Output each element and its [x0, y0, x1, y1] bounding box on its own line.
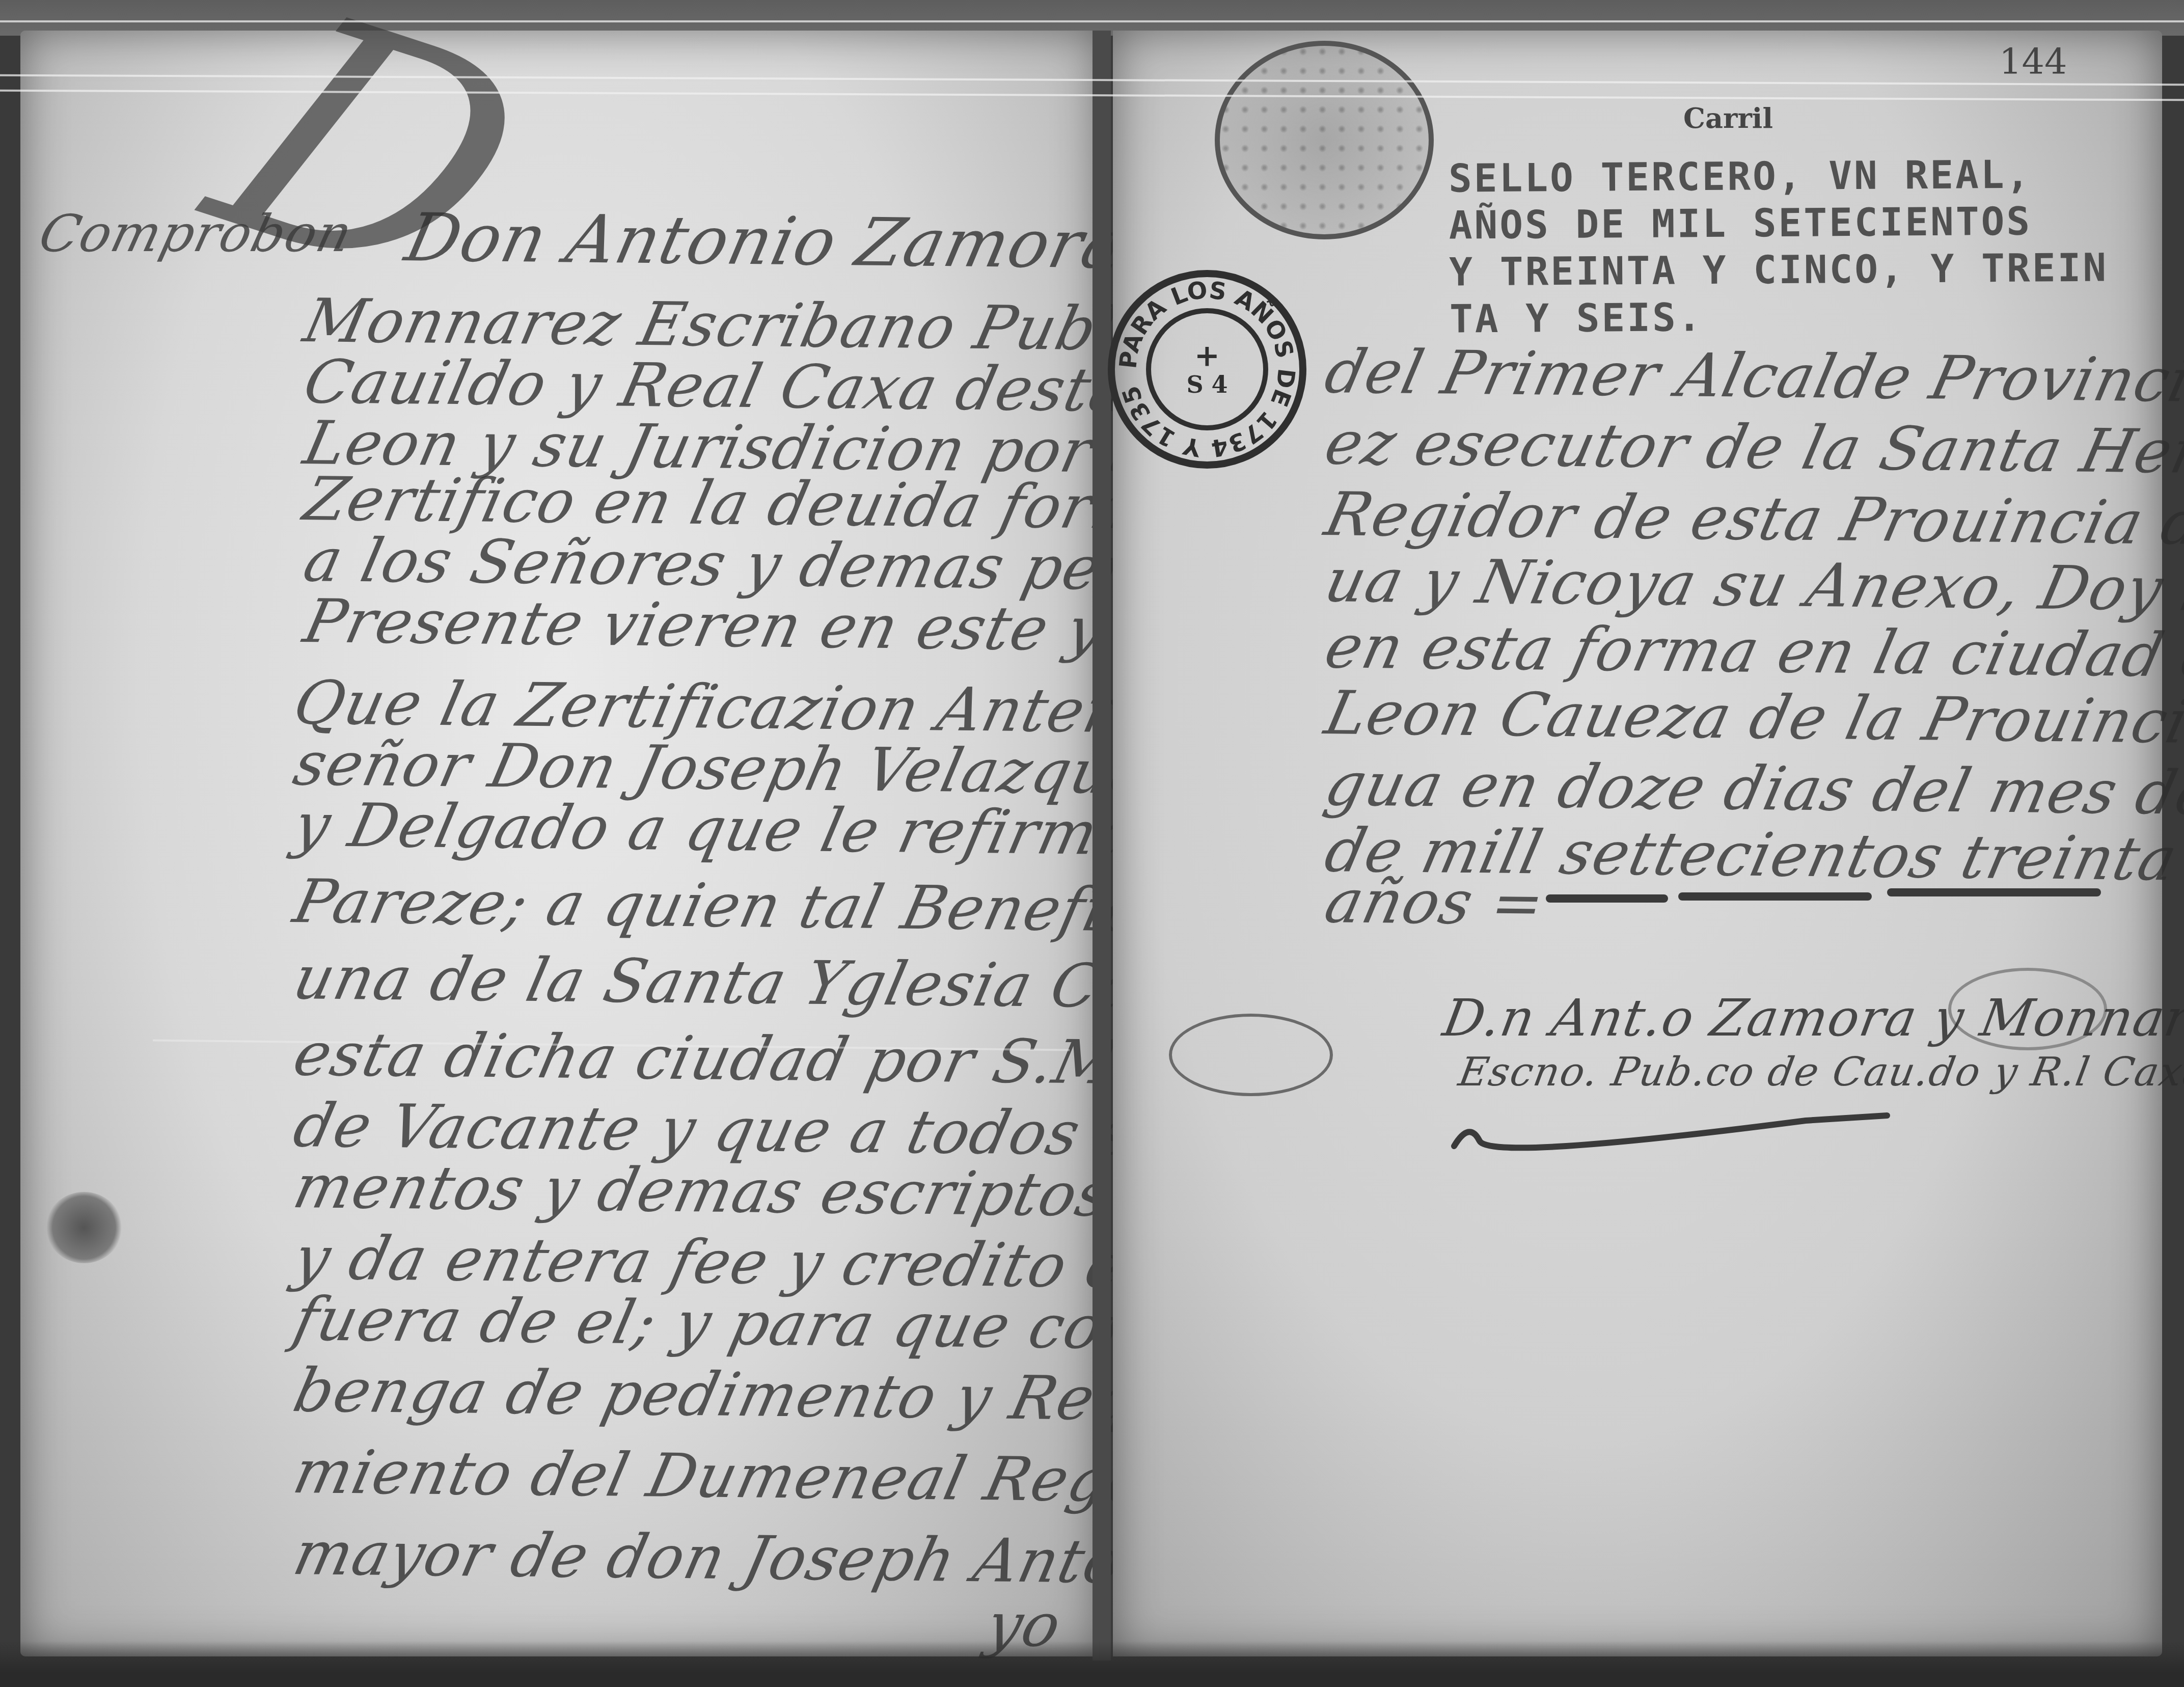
seal-ring-text: PARA LOS AÑOS DE 1734 Y 1735 [1115, 277, 1299, 461]
svg-text:PARA LOS AÑOS DE 1734 Y 1735: PARA LOS AÑOS DE 1734 Y 1735 [1115, 277, 1299, 461]
embossed-seal-icon [1215, 41, 1434, 239]
header-line: SELLO TERCERO, VN REAL, [1449, 150, 2108, 202]
text-line: del Primer Alcalde Provincial Ju [1319, 336, 2184, 417]
text-line: años = [1319, 866, 1552, 938]
text-line: ez esecutor de la Santa Hermandad y [1319, 407, 2184, 490]
top-mark: Carril [1683, 102, 1773, 134]
right-page: 144 Carril SELLO TERCERO, VN REAL, AÑOS … [1113, 31, 2162, 1656]
signature-line-2: Escno. Pub.co de Cau.do y R.l Caxa [1455, 1049, 2184, 1095]
header-line: TA Y SEIS. [1450, 291, 2109, 342]
film-scratch [0, 20, 2184, 22]
closing-rule [1546, 894, 1668, 903]
text-line: Don Antonio Zamora Z [399, 199, 1201, 284]
signature-flourish-icon [1449, 1090, 1907, 1161]
binding-hole [46, 1192, 122, 1263]
stamped-paper-header: SELLO TERCERO, VN REAL, AÑOS DE MIL SETE… [1449, 150, 2109, 342]
closing-rule [1887, 888, 2101, 896]
left-page: Comprobon D Don Antonio Zamora Z Monnare… [20, 31, 1100, 1656]
signature-line-1: D.n Ant.o Zamora y Monnarez [1439, 988, 2184, 1048]
header-line: AÑOS DE MIL SETECIENTOS [1449, 197, 2108, 249]
book-binding [1093, 31, 1111, 1661]
folio-number: 144 [1999, 41, 2067, 83]
text-line: Leon Caueza de la Prouincia de Nicara [1319, 677, 2184, 760]
header-line: Y TREINTA Y CINCO, Y TREIN [1449, 244, 2108, 295]
tax-stamp-seal-icon: PARA LOS AÑOS DE 1734 Y 1735 + S 4 [1108, 270, 1306, 469]
rubric-oval-icon [1169, 1014, 1333, 1096]
scanner-frame-bottom [0, 1641, 2184, 1687]
closing-rule [1678, 892, 1872, 901]
